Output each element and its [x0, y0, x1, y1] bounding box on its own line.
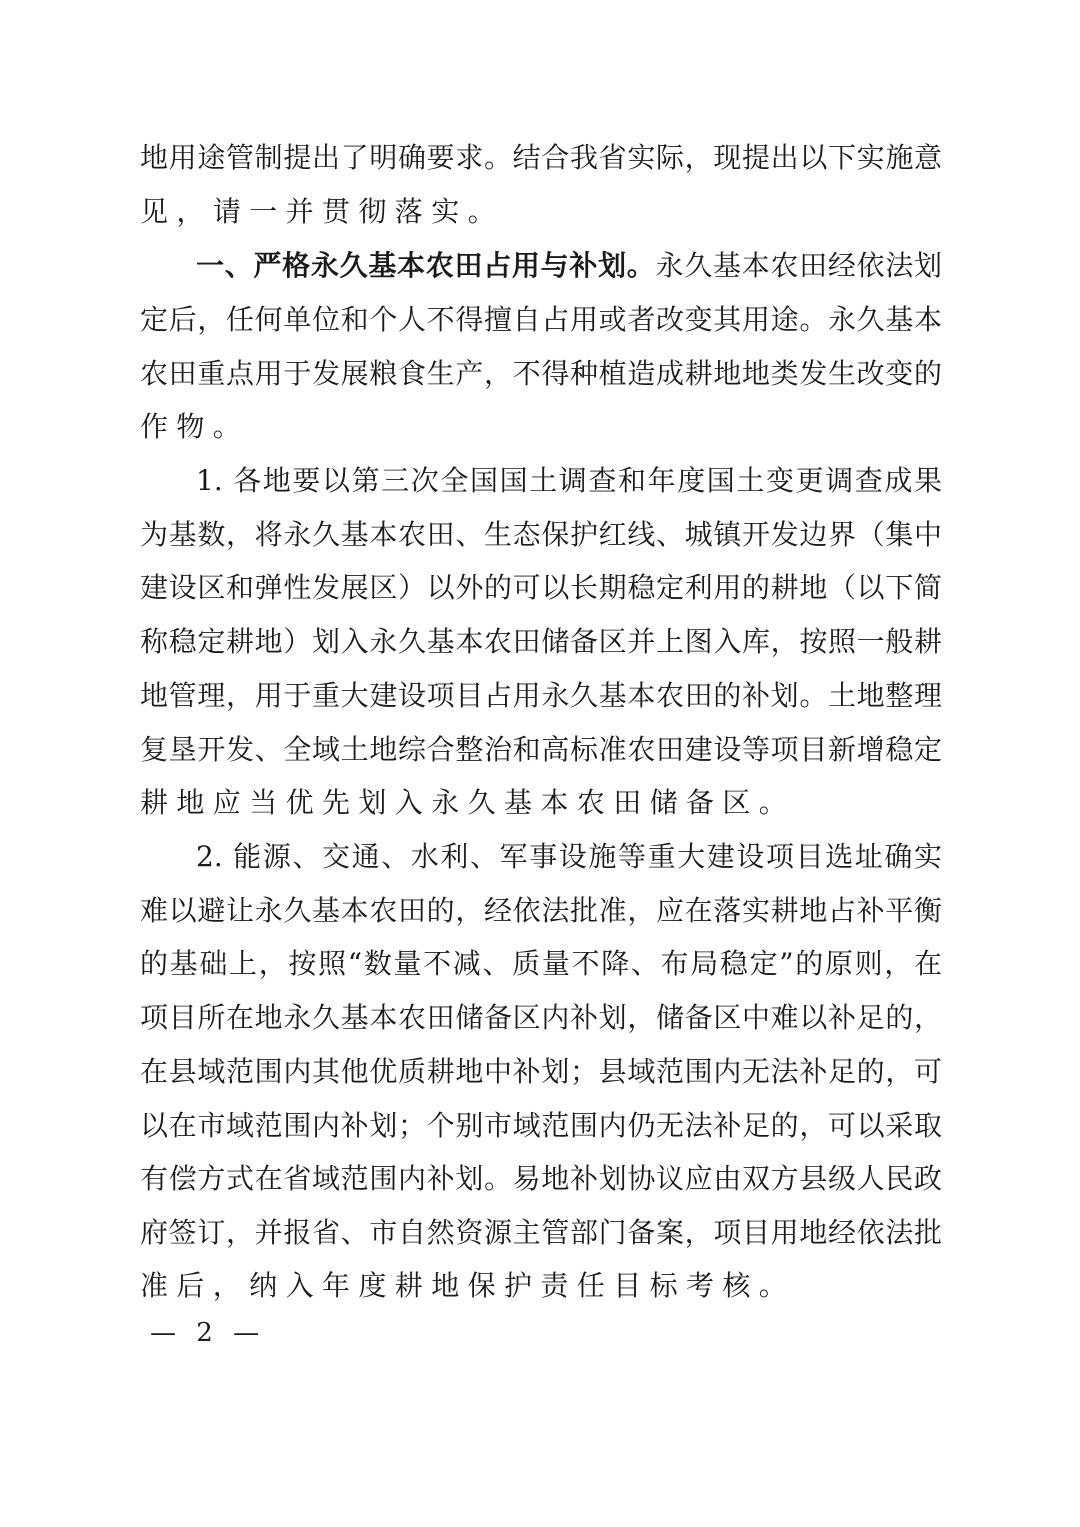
paragraph-line: 府签订，并报省、市自然资源主管部门备案，项目用地经依法批	[140, 1213, 942, 1253]
paragraph-line: 耕地应当优先划入永久基本农田储备区。	[140, 783, 942, 823]
paragraph-line: 为基数，将永久基本农田、生态保护红线、城镇开发边界（集中	[140, 515, 942, 555]
paragraph-line: 作物。	[140, 407, 942, 447]
paragraph-line: 建设区和弹性发展区）以外的可以长期稳定利用的耕地（以下简	[140, 568, 942, 608]
document-page: 地用途管制提出了明确要求。结合我省实际，现提出以下实施意 见，请一并贯彻落实。 …	[0, 0, 1080, 1527]
paragraph-line: 见，请一并贯彻落实。	[140, 192, 942, 232]
paragraph-line: 有偿方式在省域范围内补划。易地补划协议应由双方县级人民政	[140, 1159, 942, 1199]
paragraph-line: 地用途管制提出了明确要求。结合我省实际，现提出以下实施意	[140, 138, 942, 178]
section-text: 永久基本农田经依法划	[656, 249, 942, 282]
paragraph-line: 准后，纳入年度耕地保护责任目标考核。	[140, 1266, 942, 1306]
paragraph-line: 以在市域范围内补划；个别市域范围内仍无法补足的，可以采取	[140, 1106, 942, 1146]
page-number: — 2 —	[150, 1315, 265, 1351]
paragraph-line: 农田重点用于发展粮食生产，不得种植造成耕地地类发生改变的	[140, 354, 942, 394]
section-heading-line: 一、严格永久基本农田占用与补划。永久基本农田经依法划	[196, 246, 942, 286]
list-item-first-line: 1. 各地要以第三次全国国土调查和年度国土变更调查成果	[196, 461, 942, 501]
paragraph-line: 在县域范围内其他优质耕地中补划；县域范围内无法补足的，可	[140, 1052, 942, 1092]
paragraph-line: 项目所在地永久基本农田储备区内补划，储备区中难以补足的，	[140, 998, 942, 1038]
list-item-first-line: 2. 能源、交通、水利、军事设施等重大建设项目选址确实	[196, 837, 942, 877]
paragraph-line: 定后，任何单位和个人不得擅自占用或者改变其用途。永久基本	[140, 300, 942, 340]
section-heading: 一、严格永久基本农田占用与补划。	[196, 249, 656, 282]
paragraph-line: 复垦开发、全域土地综合整治和高标准农田建设等项目新增稳定	[140, 730, 942, 770]
paragraph-line: 的基础上，按照“数量不减、质量不降、布局稳定”的原则，在	[140, 944, 942, 984]
paragraph-line: 称稳定耕地）划入永久基本农田储备区并上图入库，按照一般耕	[140, 622, 942, 662]
paragraph-line: 难以避让永久基本农田的，经依法批准，应在落实耕地占补平衡	[140, 891, 942, 931]
paragraph-line: 地管理，用于重大建设项目占用永久基本农田的补划。土地整理	[140, 676, 942, 716]
